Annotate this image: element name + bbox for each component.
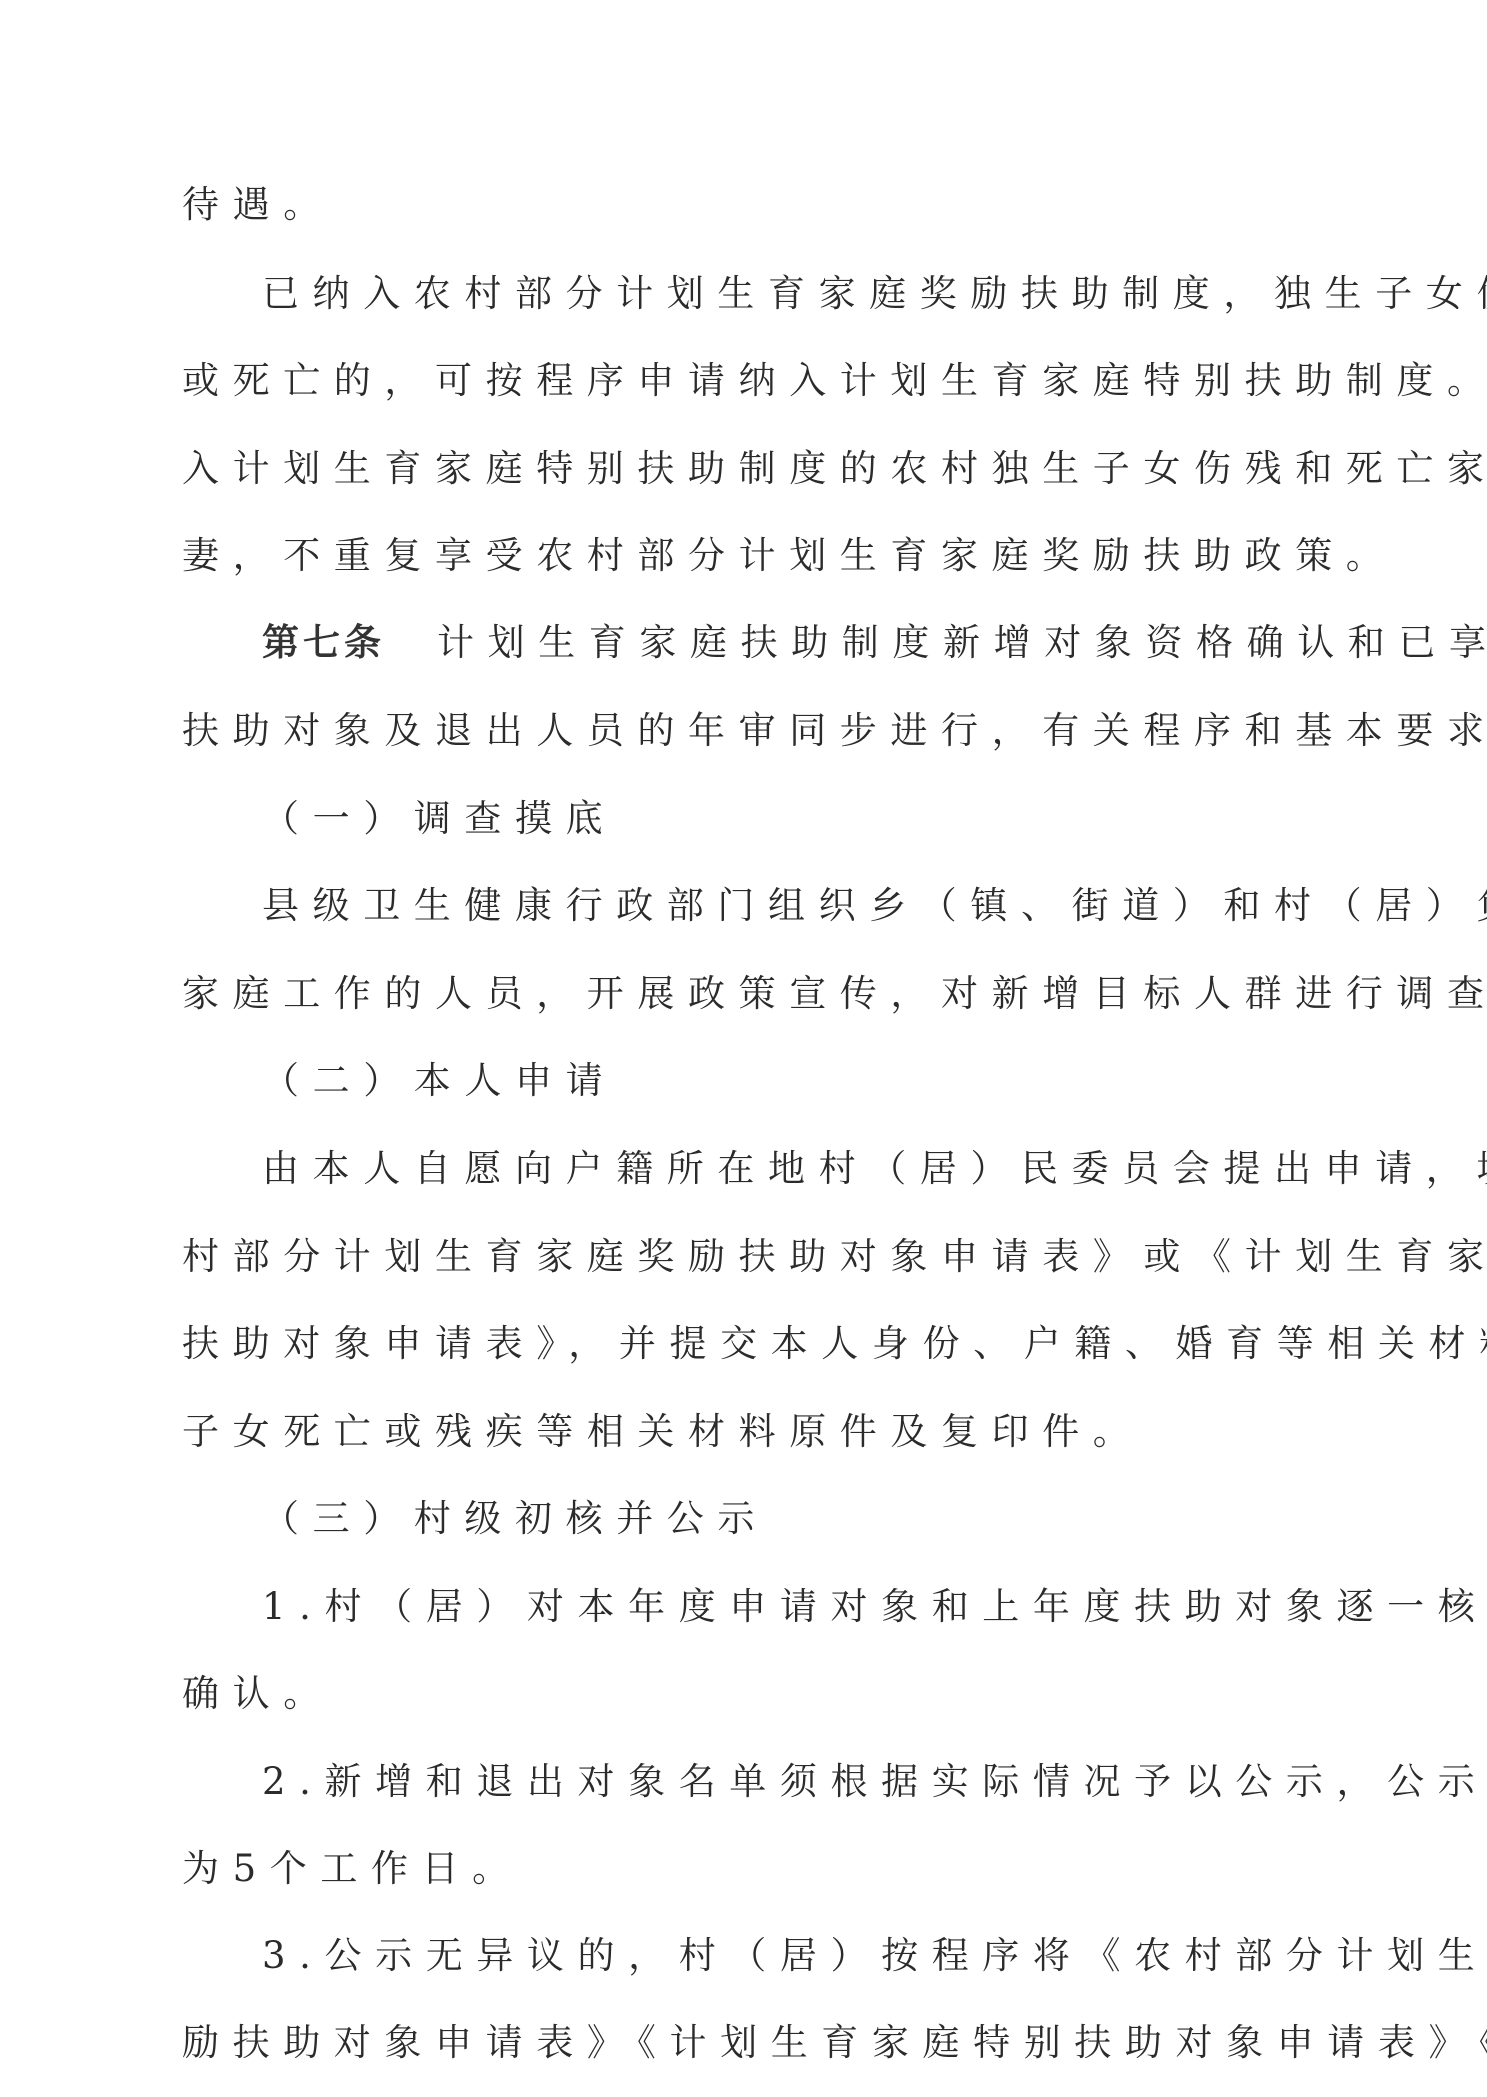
paragraph-start: 县级卫生健康行政部门组织乡（镇、街道）和村（居）负责人口 — [262, 882, 1287, 930]
text-line: 或死亡的，可按程序申请纳入计划生育家庭特别扶助制度。已纳 — [182, 357, 1287, 405]
text-line: 待遇。 — [182, 181, 1287, 229]
article-seven-line: 第七条计划生育家庭扶助制度新增对象资格确认和已享受 — [262, 619, 1287, 667]
article-text: 计划生育家庭扶助制度新增对象资格确认和已享受 — [437, 621, 1487, 664]
document-page: 待遇。 已纳入农村部分计划生育家庭奖励扶助制度，独生子女伤残 或死亡的，可按程序… — [0, 0, 1487, 2097]
paragraph-start: 由本人自愿向户籍所在地村（居）民委员会提出申请，填写《农 — [262, 1145, 1287, 1193]
paragraph-start: 已纳入农村部分计划生育家庭奖励扶助制度，独生子女伤残 — [262, 270, 1287, 318]
text-line: 扶助对象申请表》，并提交本人身份、户籍、婚育等相关材料，以及 — [182, 1320, 1287, 1368]
list-item-3: 3.公示无异议的，村（居）按程序将《农村部分计划生育家庭奖 — [262, 1932, 1287, 1980]
section-heading-village-review: （三）村级初核并公示 — [262, 1495, 1287, 1543]
text-line: 家庭工作的人员，开展政策宣传，对新增目标人群进行调查摸底。 — [182, 970, 1287, 1018]
text-line: 励扶助对象申请表》《计划生育家庭特别扶助对象申请表》《计划生 — [182, 2019, 1287, 2067]
text-line: 扶助对象及退出人员的年审同步进行，有关程序和基本要求如下： — [182, 707, 1287, 755]
text-line: 村部分计划生育家庭奖励扶助对象申请表》或《计划生育家庭特别 — [182, 1233, 1287, 1281]
text-line: 妻，不重复享受农村部分计划生育家庭奖励扶助政策。 — [182, 532, 1287, 580]
text-line: 子女死亡或残疾等相关材料原件及复印件。 — [182, 1408, 1287, 1456]
section-heading-survey: （一）调查摸底 — [262, 795, 1287, 843]
text-line: 确认。 — [182, 1670, 1287, 1718]
text-line: 入计划生育家庭特别扶助制度的农村独生子女伤残和死亡家庭夫 — [182, 445, 1287, 493]
list-item-1: 1.村（居）对本年度申请对象和上年度扶助对象逐一核实 — [262, 1583, 1287, 1631]
text-line: 为5个工作日。 — [182, 1845, 1287, 1893]
list-item-2: 2.新增和退出对象名单须根据实际情况予以公示，公示时间 — [262, 1758, 1287, 1806]
article-heading: 第七条 — [262, 621, 385, 664]
section-heading-application: （二）本人申请 — [262, 1057, 1287, 1105]
